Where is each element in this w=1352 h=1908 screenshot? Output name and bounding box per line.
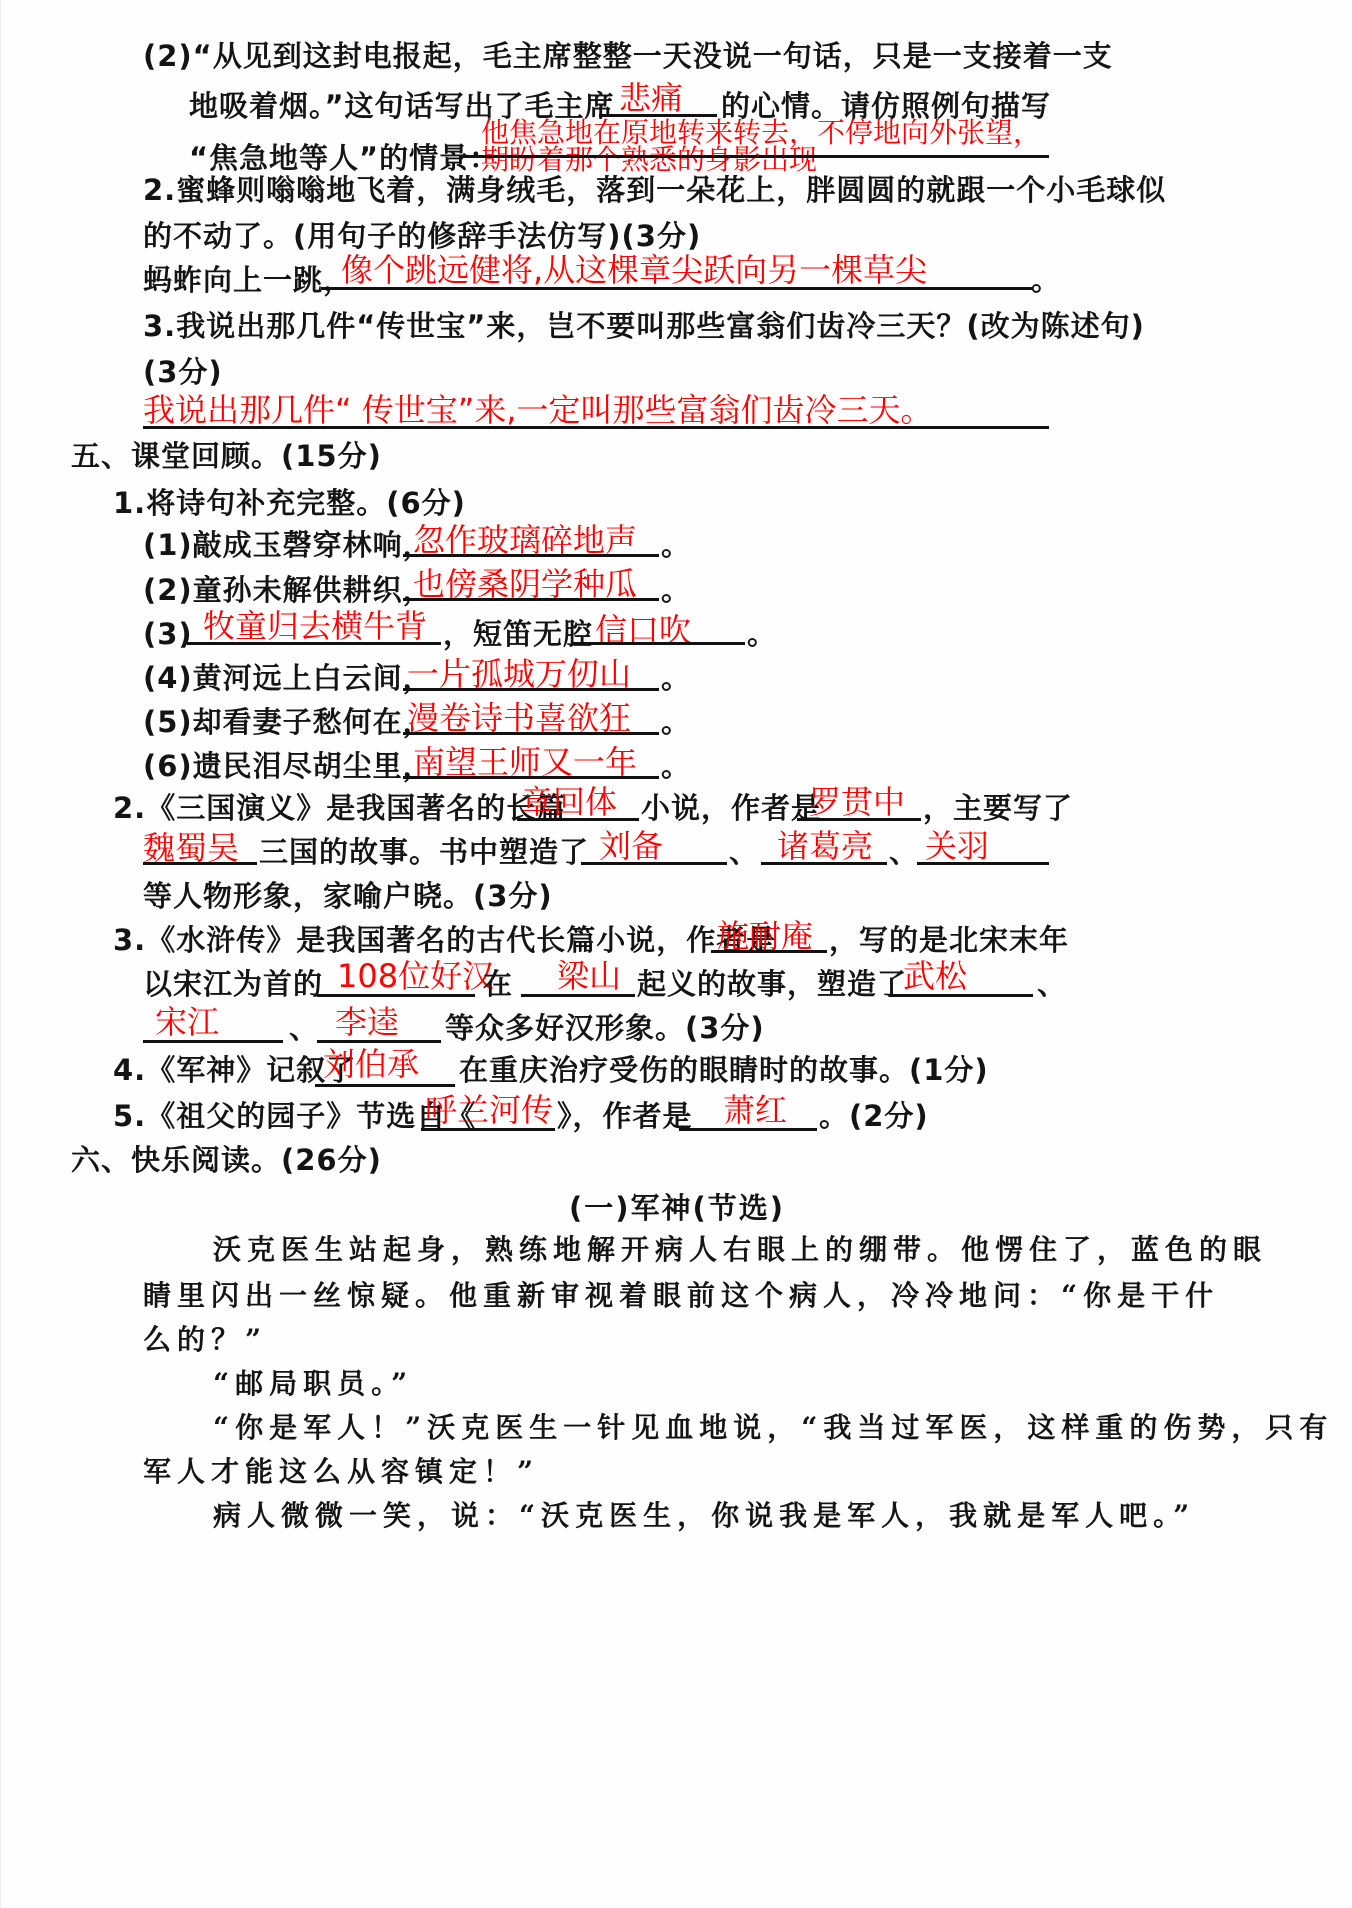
separator-2: 、 xyxy=(889,834,919,870)
poem-2-answer: 也傍桑阴学种瓜 xyxy=(413,566,637,602)
poem-3-blank[interactable] xyxy=(187,642,441,645)
worksheet-page: (2)“从见到这封电报起，毛主席整整一天没说一句话，只是一支接着一支 地吸着烟。… xyxy=(0,0,1352,1908)
section-5-q2-part-c: ，主要写了 xyxy=(923,790,1073,826)
blank-genre[interactable] xyxy=(517,818,639,821)
section-5-q3-part-b: ，写的是北宋末年 xyxy=(829,922,1069,958)
blank-sanguo-author[interactable] xyxy=(797,818,921,821)
section-5-q3-part-d: 在 xyxy=(483,966,513,1002)
poem-3-prefix: (3) xyxy=(143,616,193,652)
answer-book: 呼兰河传 xyxy=(425,1092,553,1128)
passage-paragraph-3-line2: 军人才能这么从容镇定！” xyxy=(143,1454,539,1490)
question-2-period: 。 xyxy=(1031,262,1061,298)
section-5-q2-part-b: 小说，作者是 xyxy=(641,790,821,826)
question-2-line1: 2.蜜蜂则嗡嗡地飞着，满身绒毛，落到一朵花上，胖圆圆的就跟一个小毛球似 xyxy=(143,172,1166,208)
blank-sanguo-char1[interactable] xyxy=(581,862,727,865)
poem-6-prefix: (6)遗民泪尽胡尘里， xyxy=(143,748,433,784)
answer-scene-line2: 期盼着那个熟悉的身影出现 xyxy=(481,145,817,175)
passage-paragraph-1-line3: 么的？” xyxy=(143,1322,267,1358)
poem-1-blank[interactable] xyxy=(403,554,659,557)
poem-6-suffix: 。 xyxy=(661,748,691,784)
poem-2-prefix: (2)童孙未解供耕织， xyxy=(143,572,433,608)
answer-sanguo-char1: 刘备 xyxy=(599,828,663,864)
poem-3-blank2[interactable] xyxy=(573,642,745,645)
poem-5-prefix: (5)却看妻子愁何在， xyxy=(143,704,433,740)
poem-3-suffix: 。 xyxy=(747,616,777,652)
section-5-q3-part-e: 起义的故事，塑造了 xyxy=(637,966,907,1002)
passage-paragraph-4: 病人微微一笑，说：“沃克医生，你说我是军人，我就是军人吧。” xyxy=(213,1498,1195,1534)
blank-book[interactable] xyxy=(421,1128,555,1131)
separator-1: 、 xyxy=(729,834,759,870)
answer-sanguo-char3: 关羽 xyxy=(925,828,989,864)
answer-military-god: 刘伯承 xyxy=(323,1046,419,1082)
question-3-line1: 3.我说出那几件“传世宝”来，岂不要叫那些富翁们齿冷三天？(改为陈述句) xyxy=(143,308,1145,344)
blank-shuihu-char3[interactable] xyxy=(317,1040,441,1043)
question-3-line2: (3分) xyxy=(143,354,223,390)
blank-place[interactable] xyxy=(521,994,635,997)
answer-declarative: 我说出那几件“ 传世宝”来,一定叫那些富翁们齿冷三天。 xyxy=(143,392,933,428)
answer-sanguo-author: 罗贯中 xyxy=(809,784,905,820)
blank-heroes[interactable] xyxy=(317,994,475,997)
poem-3-middle: ，短笛无腔 xyxy=(443,616,593,652)
answer-shuihu-char3: 李逵 xyxy=(335,1004,399,1040)
passage-paragraph-3-line1: “你是军人！”沃克医生一针见血地说，“我当过军医，这样重的伤势，只有 xyxy=(213,1410,1333,1446)
blank-states[interactable] xyxy=(143,862,257,865)
separator-3: 、 xyxy=(1037,966,1067,1002)
section-5-q4-suffix: 在重庆治疗受伤的眼睛时的故事。(1分) xyxy=(459,1052,989,1088)
blank-sanguo-char2[interactable] xyxy=(761,862,887,865)
section-5-q2-part-e: 等人物形象，家喻户晓。(3分) xyxy=(143,878,553,914)
blank-book-author[interactable] xyxy=(679,1128,817,1131)
blank-shuihu-char2[interactable] xyxy=(143,1040,283,1043)
section-5-heading: 五、课堂回顾。(15分) xyxy=(71,438,382,474)
section-5-q5-suffix: 。(2分) xyxy=(819,1098,929,1134)
poem-3-answer: 牧童归去横牛背 xyxy=(203,608,427,644)
section-5-q3-part-f: 等众多好汉形象。(3分) xyxy=(445,1010,765,1046)
poem-1-answer: 忽作玻璃碎地声 xyxy=(413,522,637,558)
poem-4-answer: 一片孤城万仞山 xyxy=(407,656,631,692)
answer-emotion: 悲痛 xyxy=(619,80,683,116)
blank-military-god[interactable] xyxy=(315,1084,455,1087)
passage-title: (一)军神(节选) xyxy=(1,1190,1352,1226)
section-5-q3-part-a: 3.《水浒传》是我国著名的古代长篇小说，作者是 xyxy=(113,922,776,958)
blank-declarative[interactable] xyxy=(143,426,1049,429)
blank-imitation[interactable] xyxy=(321,287,1033,290)
answer-shuihu-author: 施耐庵 xyxy=(717,918,813,954)
poem-6-answer: 南望王师又一年 xyxy=(413,744,637,780)
question-1-2-line3-prefix: “焦急地等人”的情景： xyxy=(189,140,499,176)
passage-paragraph-1-line1: 沃克医生站起身，熟练地解开病人右眼上的绷带。他愣住了，蓝色的眼 xyxy=(213,1232,1267,1268)
answer-shuihu-char2: 宋江 xyxy=(155,1004,219,1040)
poem-6-blank[interactable] xyxy=(403,776,659,779)
poem-4-blank[interactable] xyxy=(403,688,659,691)
blank-shuihu-author[interactable] xyxy=(711,950,827,953)
blank-scene[interactable] xyxy=(459,155,1049,158)
answer-book-author: 萧红 xyxy=(723,1092,787,1128)
section-5-q3-part-c: 以宋江为首的 xyxy=(143,966,323,1002)
section-6-heading: 六、快乐阅读。(26分) xyxy=(71,1142,382,1178)
poem-5-blank[interactable] xyxy=(403,732,659,735)
passage-paragraph-1-line2: 睛里闪出一丝惊疑。他重新审视着眼前这个病人，冷冷地问：“你是干什 xyxy=(143,1278,1219,1314)
answer-states: 魏蜀吴 xyxy=(143,830,239,866)
answer-heroes: 108位好汉 xyxy=(337,958,494,994)
section-5-q5-middle: 》，作者是 xyxy=(557,1098,693,1134)
passage-paragraph-2: “邮局职员。” xyxy=(213,1366,413,1402)
section-5-q2-part-a: 2.《三国演义》是我国著名的长篇 xyxy=(113,790,566,826)
blank-sanguo-char3[interactable] xyxy=(917,862,1049,865)
section-5-q4-prefix: 4.《军神》记叙了 xyxy=(113,1052,356,1088)
poem-5-suffix: 。 xyxy=(661,704,691,740)
poem-4-prefix: (4)黄河远上白云间， xyxy=(143,660,433,696)
answer-genre: 章回体 xyxy=(521,784,617,820)
poem-2-suffix: 。 xyxy=(661,572,691,608)
answer-place: 梁山 xyxy=(557,958,621,994)
poem-2-blank[interactable] xyxy=(403,598,659,601)
answer-shuihu-char1: 武松 xyxy=(903,958,967,994)
question-1-2-line1: (2)“从见到这封电报起，毛主席整整一天没说一句话，只是一支接着一支 xyxy=(143,38,1113,74)
question-2-line2: 的不动了。(用句子的修辞手法仿写)(3分) xyxy=(143,218,701,254)
poem-1-suffix: 。 xyxy=(661,527,691,563)
poem-1-prefix: (1)敲成玉磬穿林响， xyxy=(143,527,433,563)
answer-sanguo-char2: 诸葛亮 xyxy=(777,828,873,864)
section-5-q2-part-d: 三国的故事。书中塑造了 xyxy=(259,834,589,870)
section-5-q1-title: 1.将诗句补充完整。(6分) xyxy=(113,485,466,521)
poem-4-suffix: 。 xyxy=(661,660,691,696)
answer-imitation: 像个跳远健将,从这棵章尖跃向另一棵草尖 xyxy=(341,252,927,288)
separator-4: 、 xyxy=(289,1010,319,1046)
poem-5-answer: 漫卷诗书喜欲狂 xyxy=(407,700,631,736)
blank-shuihu-char1[interactable] xyxy=(889,994,1033,997)
question-2-line3-prefix: 蚂蚱向上一跳， xyxy=(143,262,353,298)
